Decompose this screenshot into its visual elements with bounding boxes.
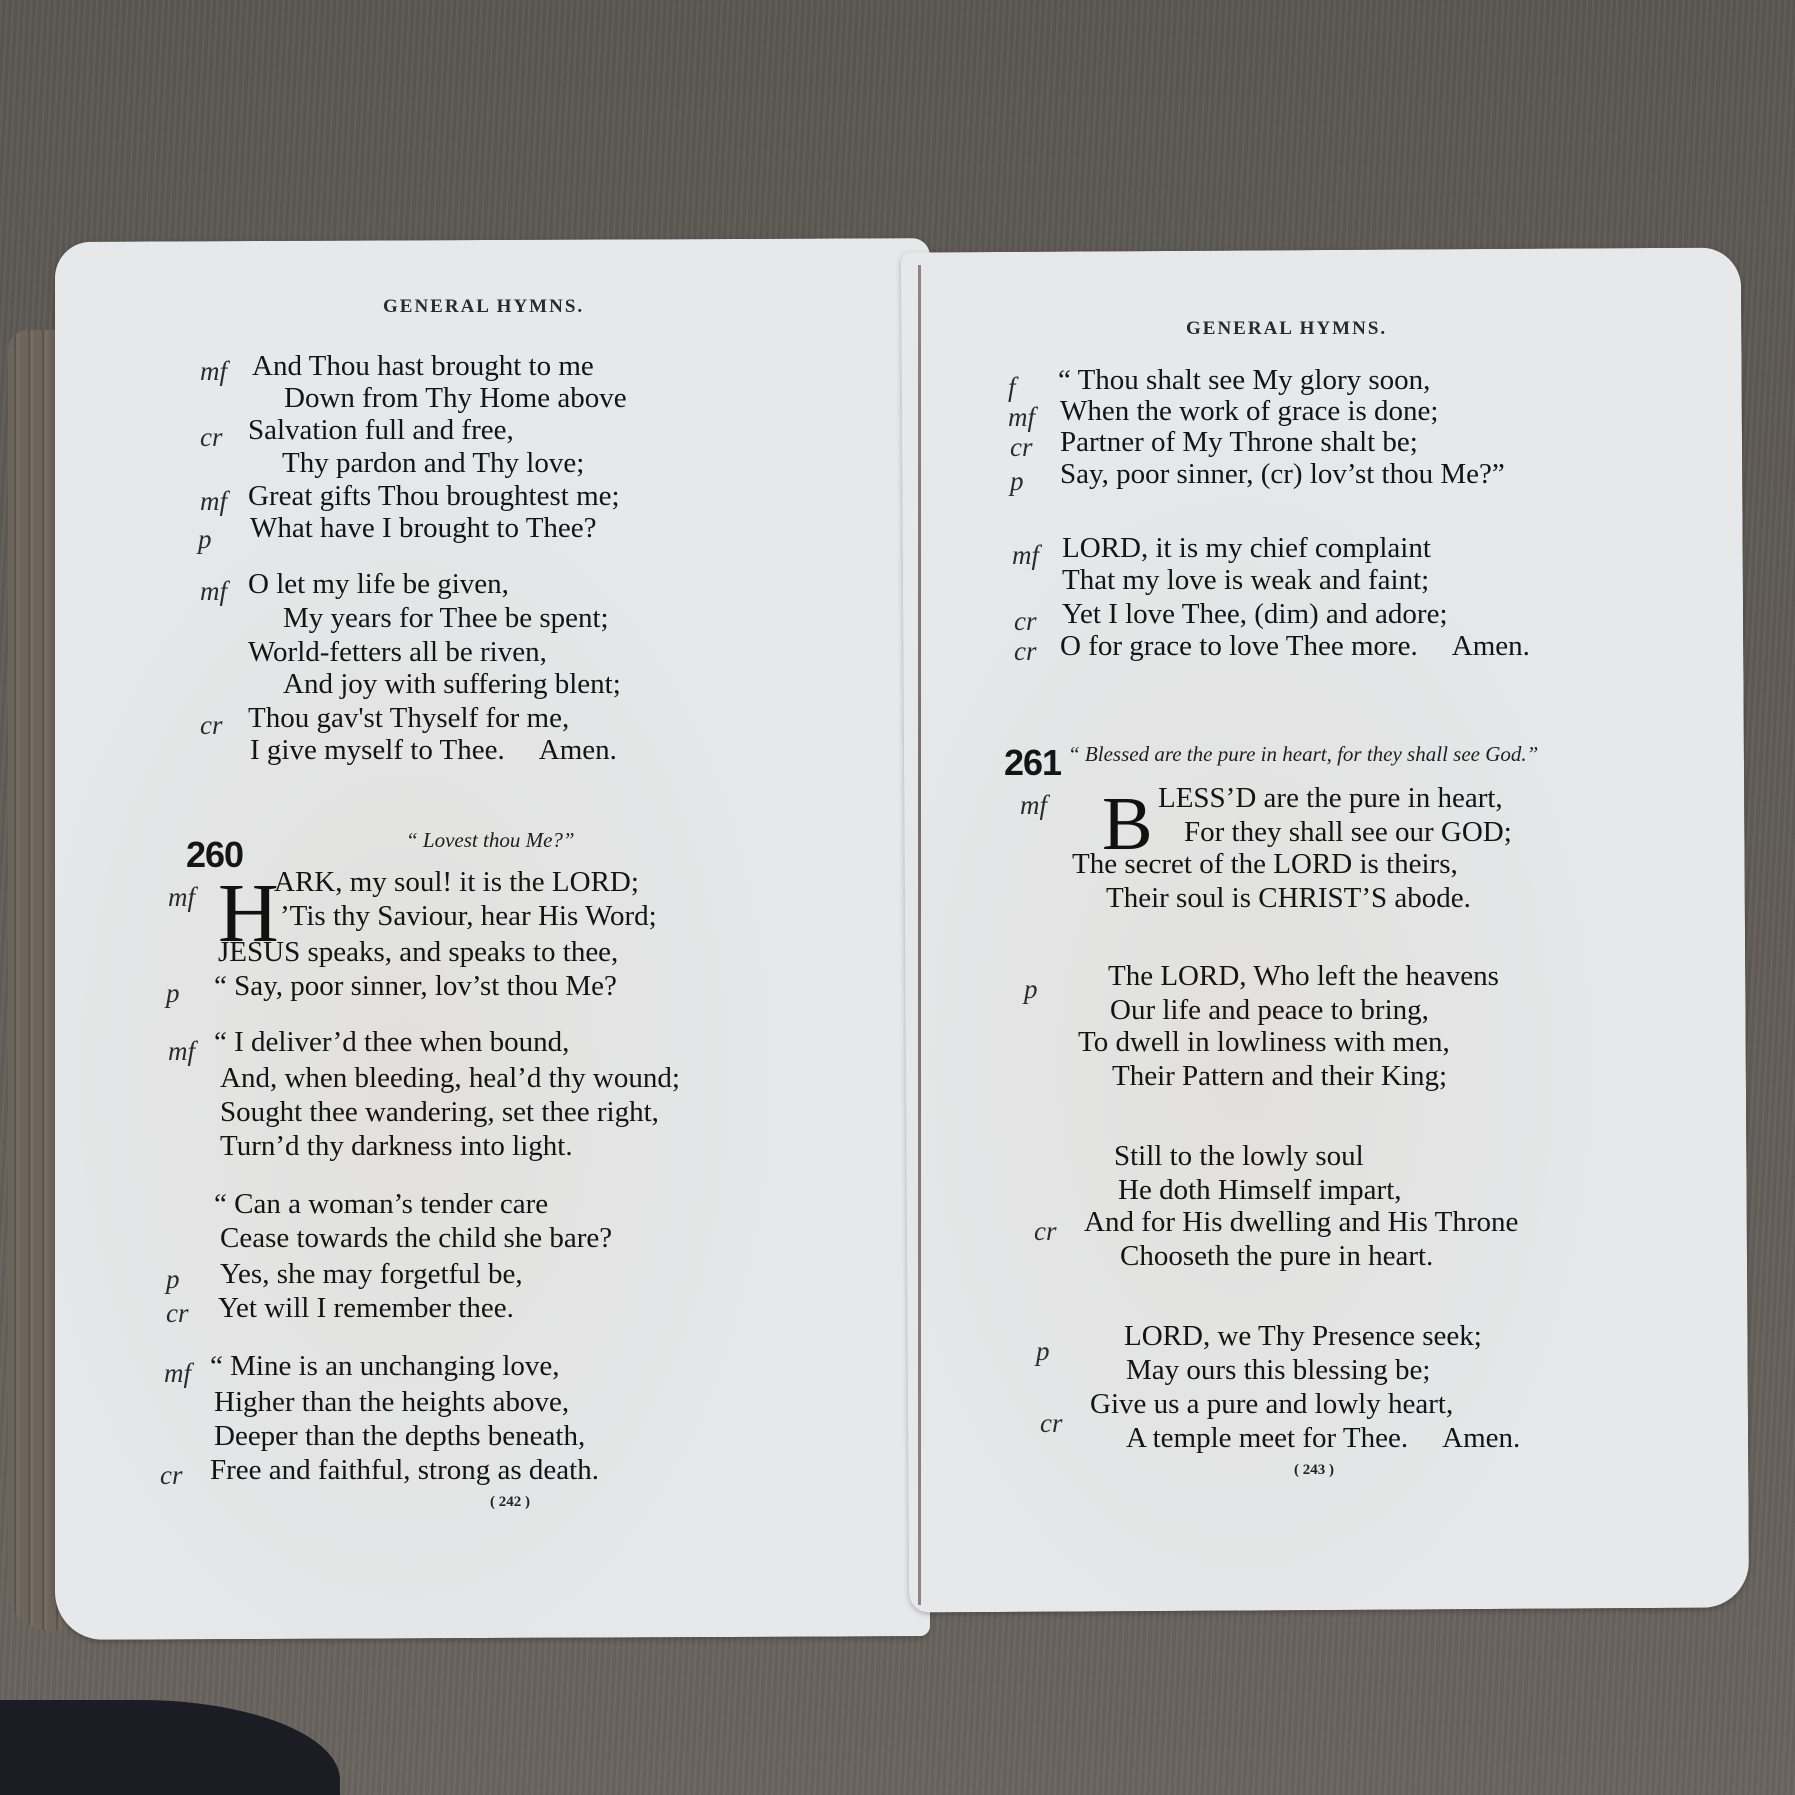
dynamic-mark: mf — [168, 882, 195, 913]
hymn-line: Say, poor sinner, (cr) lov’st thou Me?” — [1060, 458, 1505, 491]
amen: Amen. — [539, 734, 617, 766]
hymn-line: Our life and peace to bring, — [1110, 994, 1429, 1027]
hymn-line: Still to the lowly soul — [1114, 1140, 1364, 1173]
hymn-line: What have I brought to Thee? — [250, 512, 597, 545]
dynamic-mark: cr — [166, 1298, 189, 1329]
hymn-line: “ Can a woman’s tender care — [214, 1188, 548, 1221]
hymn-line: The secret of the LORD is theirs, — [1072, 848, 1458, 881]
hymn-line: Deeper than the depths beneath, — [214, 1420, 585, 1453]
hymn-line: JESUS speaks, and speaks to thee, — [218, 936, 618, 969]
hymn-line: Yet will I remember thee. — [218, 1292, 514, 1325]
amen: Amen. — [1442, 1422, 1520, 1454]
book-gutter — [918, 265, 921, 1605]
dynamic-mark: mf — [200, 356, 227, 387]
hymn-line-amen: I give myself to Thee.Amen. — [250, 734, 617, 767]
hymn-line: Sought thee wandering, set thee right, — [220, 1096, 659, 1129]
hymn-line-text: O for grace to love Thee more. — [1060, 630, 1418, 662]
hymn-line: Give us a pure and lowly heart, — [1090, 1388, 1453, 1421]
dynamic-mark: cr — [1034, 1216, 1057, 1247]
dynamic-mark: cr — [200, 710, 223, 741]
hymn-title: “ Lovest thou Me?” — [406, 828, 575, 853]
dynamic-mark: mf — [1020, 790, 1047, 821]
hymn-line: And Thou hast brought to me — [252, 350, 594, 383]
hymn-line: Chooseth the pure in heart. — [1120, 1240, 1433, 1273]
hymn-line-text: A temple meet for Thee. — [1126, 1422, 1408, 1454]
hymn-line: He doth Himself impart, — [1118, 1174, 1402, 1207]
dynamic-mark: cr — [200, 422, 223, 453]
hymn-line: ARK, my soul! it is the LORD; — [274, 866, 639, 899]
hymn-line: Cease towards the child she bare? — [220, 1222, 612, 1255]
hymn-line-amen: A temple meet for Thee.Amen. — [1126, 1422, 1520, 1455]
dynamic-mark: mf — [164, 1358, 191, 1389]
hymn-line: Their soul is CHRIST’S abode. — [1106, 882, 1471, 915]
hymn-line: “ I deliver’d thee when bound, — [214, 1026, 569, 1059]
left-running-head: GENERAL HYMNS. — [383, 296, 584, 318]
dynamic-mark: p — [166, 978, 180, 1009]
hymn-line: LESS’D are the pure in heart, — [1158, 782, 1503, 815]
hymn-line: LORD, it is my chief complaint — [1062, 532, 1431, 565]
hymn-line: May ours this blessing be; — [1126, 1354, 1431, 1387]
page-number-242: ( 242 ) — [490, 1494, 530, 1511]
hymn-line: “ Mine is an unchanging love, — [210, 1350, 560, 1383]
hymn-line: Great gifts Thou broughtest me; — [248, 480, 620, 513]
hymn-number: 261 — [1004, 742, 1061, 784]
dynamic-mark: mf — [1008, 402, 1035, 433]
dynamic-mark: f — [1008, 372, 1016, 403]
hymn-line: For they shall see our GOD; — [1184, 816, 1512, 849]
hymn-line: Partner of My Throne shalt be; — [1060, 426, 1418, 459]
dynamic-mark: cr — [1014, 636, 1037, 667]
hymn-line: LORD, we Thy Presence seek; — [1124, 1320, 1482, 1353]
hymn-line: “ Thou shalt see My glory soon, — [1058, 364, 1430, 397]
hymn-line: Thy pardon and Thy love; — [282, 447, 584, 480]
hymn-line: And for His dwelling and His Throne — [1084, 1206, 1518, 1239]
hymn-line: ’Tis thy Saviour, hear His Word; — [280, 900, 657, 933]
dynamic-mark: mf — [168, 1036, 195, 1067]
hymn-line: The LORD, Who left the heavens — [1108, 960, 1499, 993]
hymn-line: And joy with suffering blent; — [283, 668, 621, 701]
hymn-title: “ Blessed are the pure in heart, for the… — [1068, 742, 1538, 767]
hymn-line: Turn’d thy darkness into light. — [220, 1130, 573, 1163]
dynamic-mark: cr — [1014, 606, 1037, 637]
hymn-line: To dwell in lowliness with men, — [1078, 1026, 1450, 1059]
dynamic-mark: p — [1024, 974, 1038, 1005]
hymn-line: Yet I love Thee, (dim) and adore; — [1062, 598, 1448, 631]
dynamic-mark: cr — [160, 1460, 183, 1491]
dynamic-mark: p — [1010, 466, 1024, 497]
dynamic-mark: cr — [1010, 432, 1033, 463]
hymn-line-amen: O for grace to love Thee more.Amen. — [1060, 630, 1530, 663]
hymn-line: When the work of grace is done; — [1060, 395, 1438, 428]
dynamic-mark: cr — [1040, 1408, 1063, 1439]
hymn-line: And, when bleeding, heal’d thy wound; — [220, 1062, 680, 1095]
hymn-line: Their Pattern and their King; — [1112, 1060, 1447, 1093]
page-number-243: ( 243 ) — [1294, 1462, 1334, 1479]
hymn-line: World-fetters all be riven, — [248, 636, 547, 669]
amen: Amen. — [1452, 630, 1530, 662]
hymn-line: Salvation full and free, — [248, 414, 514, 447]
hymn-line: “ Say, poor sinner, lov’st thou Me? — [214, 970, 617, 1003]
hymn-line-text: I give myself to Thee. — [250, 734, 505, 766]
hymn-line: Free and faithful, strong as death. — [210, 1454, 599, 1487]
hymn-line: Thou gav'st Thyself for me, — [248, 702, 569, 735]
dynamic-mark: mf — [1012, 540, 1039, 571]
hymn-line: O let my life be given, — [248, 568, 509, 601]
hymn-line: Higher than the heights above, — [214, 1386, 569, 1419]
dynamic-mark: p — [198, 524, 212, 555]
dynamic-mark: mf — [200, 576, 227, 607]
hymn-line: My years for Thee be spent; — [283, 602, 609, 635]
right-running-head: GENERAL HYMNS. — [1186, 318, 1387, 340]
dynamic-mark: p — [1036, 1336, 1050, 1367]
dynamic-mark: p — [166, 1264, 180, 1295]
hymn-line: That my love is weak and faint; — [1062, 564, 1429, 597]
hymn-line: Yes, she may forgetful be, — [220, 1258, 523, 1291]
dynamic-mark: mf — [200, 486, 227, 517]
hymn-line: Down from Thy Home above — [284, 382, 627, 415]
